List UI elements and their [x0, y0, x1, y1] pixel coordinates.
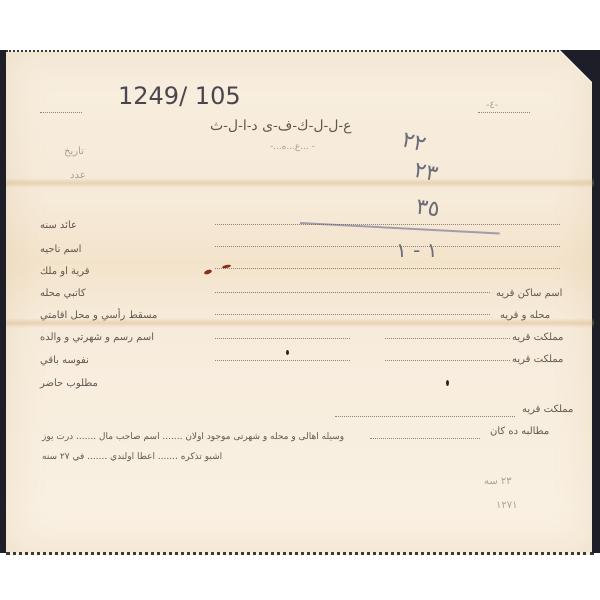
- ink-dot: [286, 350, 289, 355]
- footer-mark: ١٢٧١: [496, 500, 517, 511]
- number-label: عدد: [70, 170, 86, 181]
- entry-line: [215, 338, 350, 339]
- form-subtitle: - ...ع...ه...-: [270, 142, 315, 152]
- left-label: اسم رسم و شهرتي و والده: [40, 332, 154, 343]
- left-label: عائد سنه: [40, 220, 77, 231]
- entry-line: [215, 246, 560, 247]
- top-left-line: [40, 112, 82, 113]
- scan-frame-right: [592, 50, 600, 553]
- entry-line: [215, 224, 560, 225]
- right-label: محله و قريه: [500, 310, 550, 321]
- entry-line: [335, 416, 515, 417]
- fold-crease: [6, 178, 594, 188]
- top-right-line: [478, 112, 530, 113]
- left-label: مسقط رأسي و محل اقامتي: [40, 310, 157, 321]
- top-right-mark: -٤-: [486, 100, 498, 111]
- right-label: مملكت قريه: [512, 354, 563, 365]
- left-label: نفوسه باقي: [40, 355, 89, 366]
- bottom-sentence: وسيله اهالى و محله و شهرتى موجود اولان .…: [42, 432, 344, 442]
- footer-mark: ٢٣ سه: [484, 476, 512, 487]
- entry-line: [370, 438, 480, 439]
- ink-dot: [446, 380, 449, 386]
- entry-line: [215, 360, 350, 361]
- date-label: تاريخ: [64, 146, 84, 157]
- pencil-digit: ٢٣: [412, 158, 440, 187]
- form-title: ع-ل-ل-ك-ف-ى د-ا-ل-ث: [210, 118, 351, 134]
- pencil-digit: ٣٥: [414, 194, 441, 222]
- scan-frame-left: [0, 50, 6, 553]
- left-label: مطلوب حاضر: [40, 378, 98, 389]
- bottom-label: مطالبه ده كان: [490, 426, 549, 437]
- pencil-fraction: ١ - ١: [396, 238, 437, 262]
- bottom-label: مملكت قريه: [522, 404, 573, 415]
- right-label: مملكت قريه: [512, 332, 563, 343]
- entry-line: [215, 292, 490, 293]
- entry-line: [215, 314, 490, 315]
- left-label: قرية او ملك: [40, 266, 90, 277]
- entry-line: [215, 268, 560, 269]
- entry-line: [385, 360, 510, 361]
- archive-number: 1249/ 105: [118, 82, 241, 110]
- entry-line: [385, 338, 510, 339]
- left-label: اسم ناحيه: [40, 244, 81, 255]
- right-label: اسم ساكن قريه: [496, 288, 562, 299]
- left-label: كاتبي محله: [40, 288, 86, 299]
- bottom-sentence: اشبو تذكره ....... اعطا اولندي ....... ف…: [42, 452, 222, 462]
